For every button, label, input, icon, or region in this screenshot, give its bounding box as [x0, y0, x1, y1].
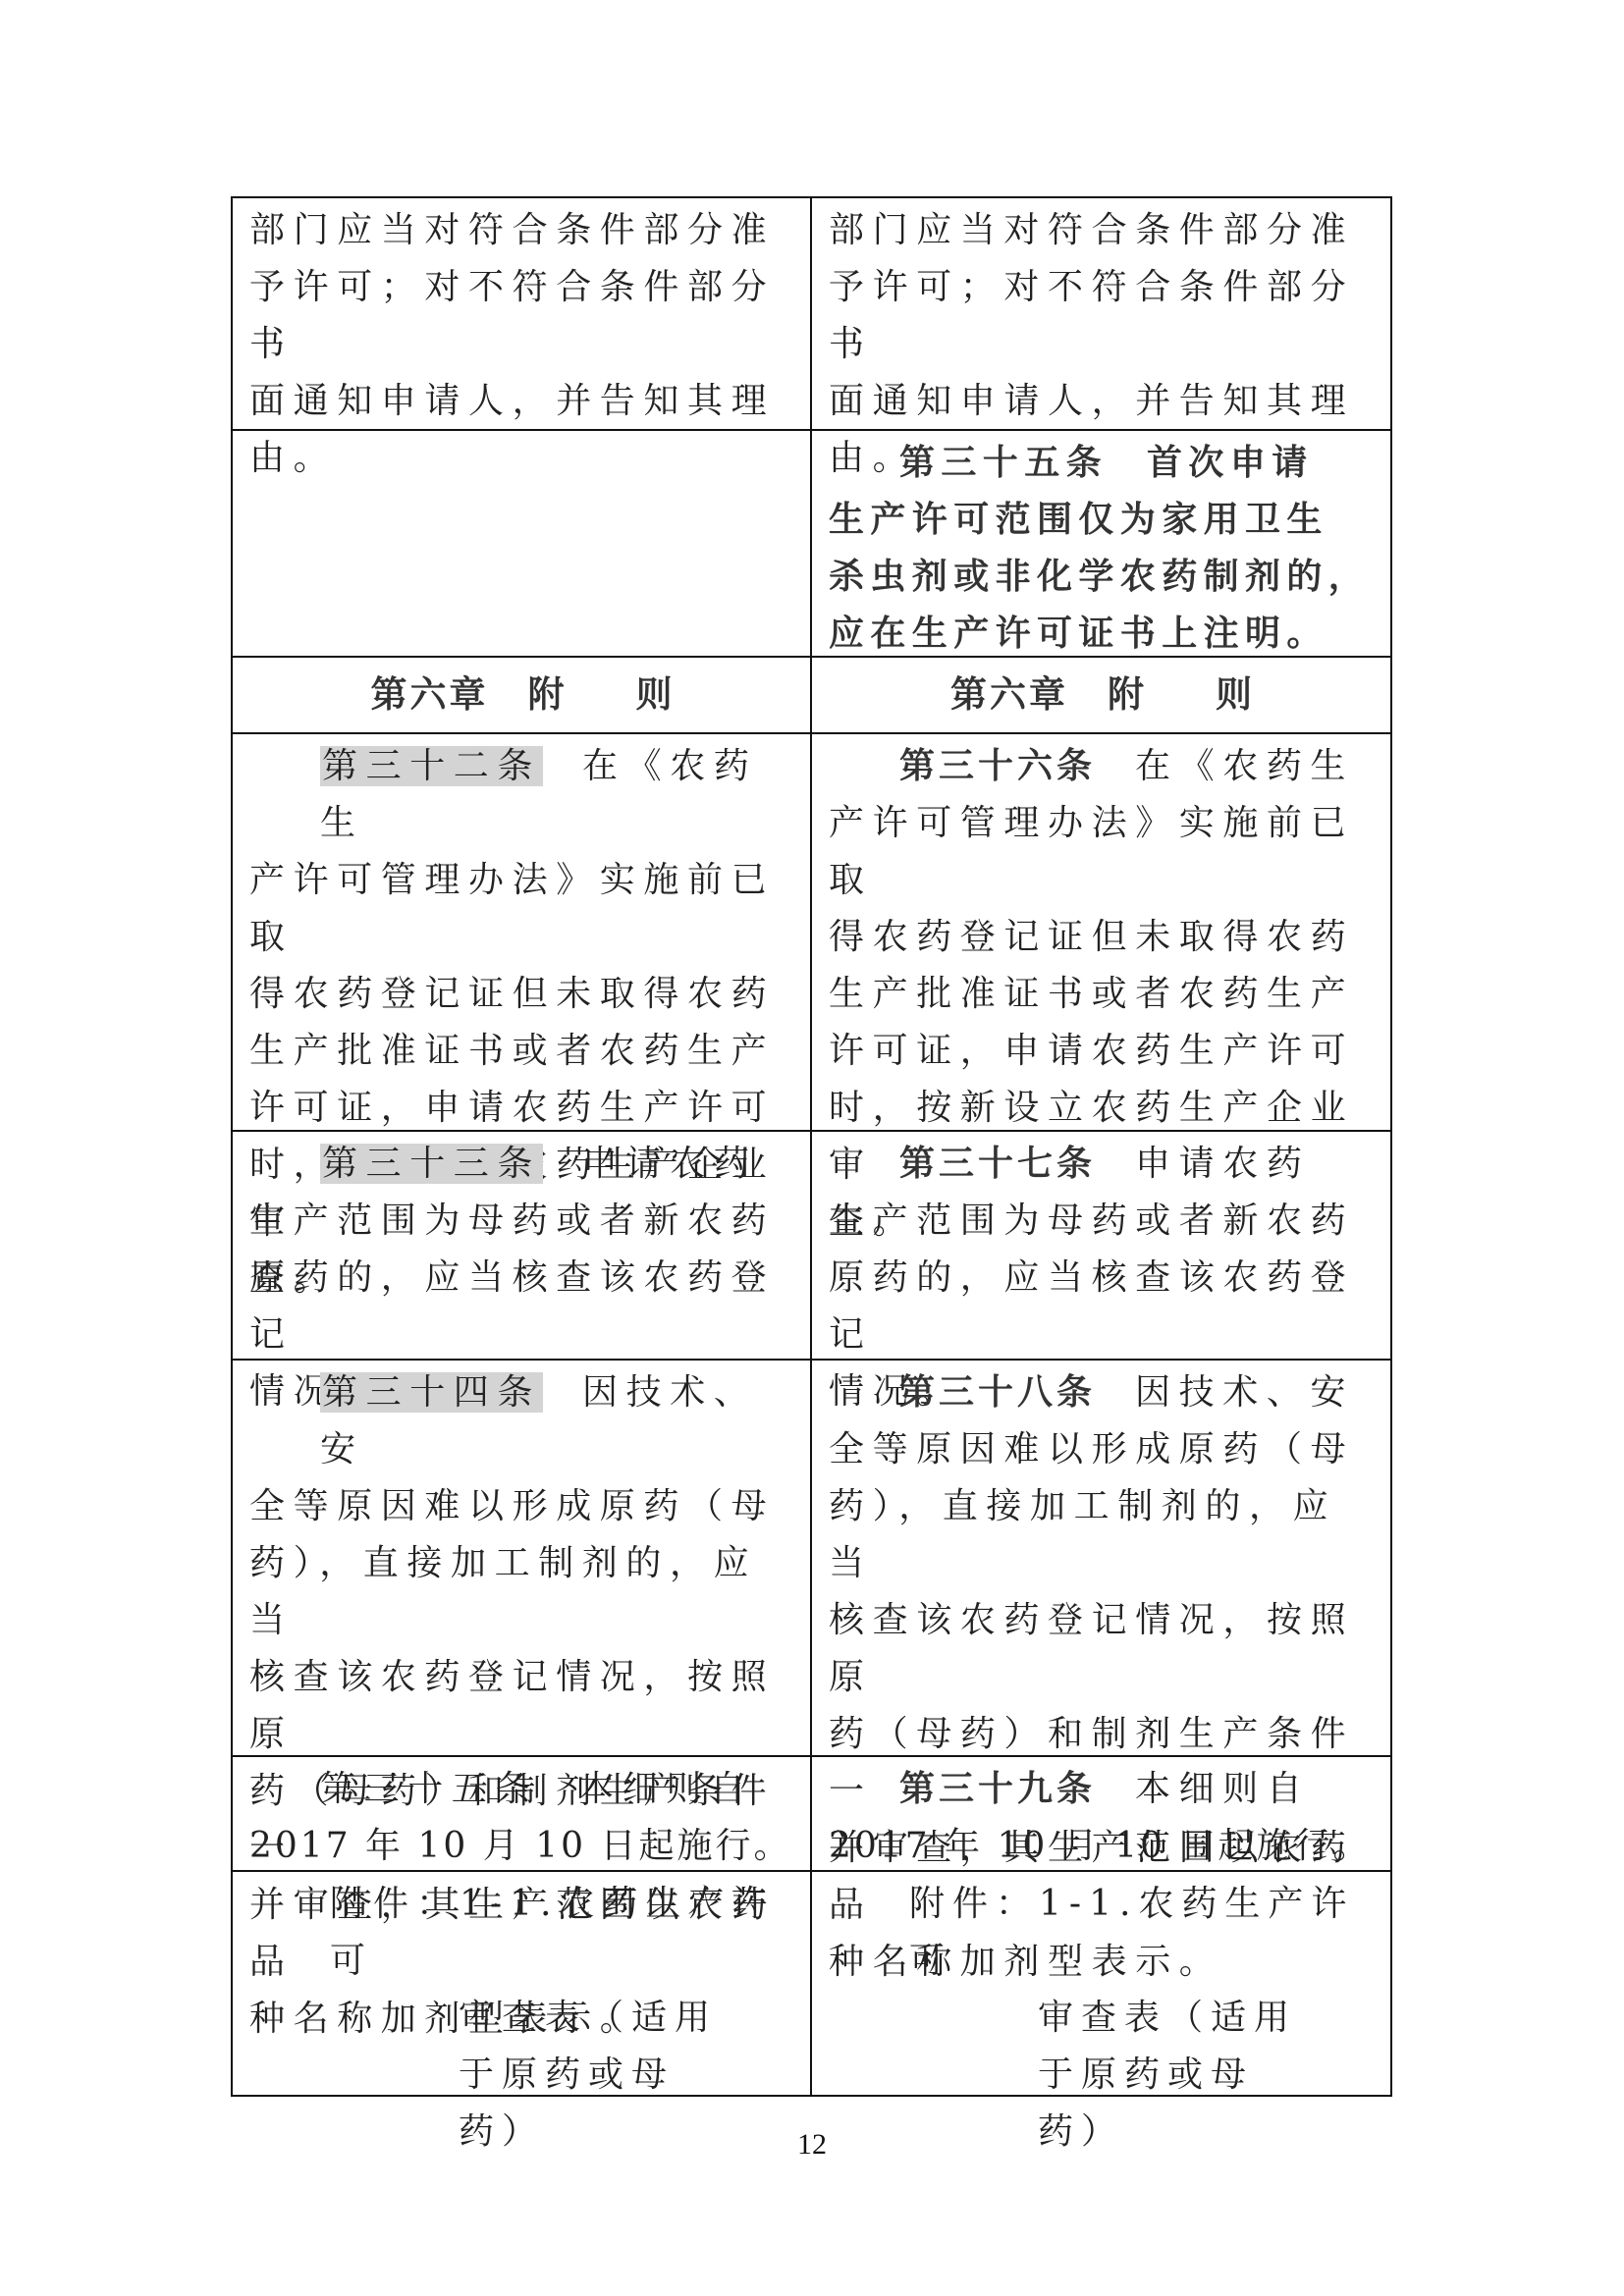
table-cell-revised: 第三十七条申请农药 生产范围为母药或者新农药 原药的，应当核查该农药登记 情况。	[812, 1132, 1390, 1359]
table-cell-original: 第三十三条申请农药 生产范围为母药或者新农药 原药的，应当核查该农药登记 情况。	[233, 1132, 812, 1359]
text-line: 全等原因难以形成原药（母	[829, 1421, 1377, 1478]
attachment-item: 附件：1-1.农药生产许可	[249, 1876, 796, 1990]
chapter-heading: 第六章附则	[249, 662, 796, 723]
text-line: 原药的，应当核查该农药登记	[249, 1250, 796, 1363]
text-fragment: 首次申请	[1147, 443, 1314, 483]
attachment-list: 附件：1-1.农药生产许可 审查表（适用 于原药或母 药）	[249, 1876, 796, 2161]
chapter-number: 第六章	[371, 673, 489, 716]
attachment-item: 附件：1-1.农药生产许可	[829, 1876, 1377, 1990]
text-fragment: 本细则自	[1135, 1769, 1310, 1809]
cell-text-new-article: 第三十五条首次申请 生产许可范围仅为家用卫生 杀虫剂或非化学农药制剂的， 应在生…	[829, 435, 1377, 663]
table-cell-revised: 第三十五条首次申请 生产许可范围仅为家用卫生 杀虫剂或非化学农药制剂的， 应在生…	[812, 431, 1390, 656]
table-cell-revised: 附件：1-1.农药生产许可 审查表（适用 于原药或母 药）	[812, 1872, 1390, 2095]
text-line: 生产范围为母药或者新农药	[249, 1193, 796, 1250]
chapter-title-part: 则	[636, 673, 676, 716]
text-line: 第三十六条在《农药生	[829, 738, 1377, 795]
text-line: 许可证，申请农药生产许可	[249, 1080, 796, 1137]
chapter-title-part: 附	[528, 673, 568, 716]
table-cell-original: 第三十四条因技术、安 全等原因难以形成原药（母 药），直接加工制剂的，应当 核查…	[233, 1361, 812, 1755]
table-cell-revised: 第三十六条在《农药生 产许可管理办法》实施前已取 得农药登记证但未取得农药 生产…	[812, 734, 1390, 1130]
table-cell-original: 第三十二条在《农药生 产许可管理办法》实施前已取 得农药登记证但未取得农药 生产…	[233, 734, 812, 1130]
text-line: 审查表（适用	[249, 1990, 796, 2047]
text-line: 生产批准证书或者农药生产	[829, 966, 1377, 1023]
text-line: 2017 年 10 月 10 日起施行。	[829, 1818, 1377, 1875]
text-fragment: 在《农药生	[1135, 746, 1354, 786]
text-line: 核查该农药登记情况，按照原	[249, 1649, 796, 1763]
text-line: 药），直接加工制剂的，应当	[249, 1535, 796, 1649]
table-row: 附件：1-1.农药生产许可 审查表（适用 于原药或母 药） 附件：1-1.农药生…	[233, 1870, 1390, 2095]
text-line: 生产范围为母药或者新农药	[829, 1193, 1377, 1250]
table-cell-revised: 部门应当对符合条件部分准 予许可；对不符合条件部分书 面通知申请人，并告知其理 …	[812, 198, 1390, 429]
table-cell-revised: 第三十九条本细则自 2017 年 10 月 10 日起施行。	[812, 1757, 1390, 1870]
text-line: 于原药或母	[249, 2047, 796, 2104]
text-line: 予许可；对不符合条件部分书	[249, 259, 796, 373]
table-row: 第三十四条因技术、安 全等原因难以形成原药（母 药），直接加工制剂的，应当 核查…	[233, 1359, 1390, 1755]
article-number: 第三十七条	[899, 1144, 1096, 1184]
table-cell-original: 第三十五条本细则自 2017 年 10 月 10 日起施行。	[233, 1757, 812, 1870]
page-number: 12	[0, 2128, 1624, 2162]
text-line: 部门应当对符合条件部分准	[829, 202, 1377, 259]
text-line: 第三十九条本细则自	[829, 1761, 1377, 1818]
table-cell-revised: 第六章附则	[812, 658, 1390, 732]
table-row: 第三十五条首次申请 生产许可范围仅为家用卫生 杀虫剂或非化学农药制剂的， 应在生…	[233, 429, 1390, 656]
text-fragment: 因技术、安	[1135, 1372, 1354, 1413]
table-cell-original: 第六章附则	[233, 658, 812, 732]
text-line: 药），直接加工制剂的，应当	[829, 1478, 1377, 1592]
text-fragment: 申请农药	[582, 1144, 757, 1184]
text-line: 第三十七条申请农药	[829, 1136, 1377, 1193]
text-line: 应在生产许可证书上注明。	[829, 606, 1377, 663]
text-line: 得农药登记证但未取得农药	[249, 966, 796, 1023]
article-number: 第三十八条	[899, 1372, 1096, 1413]
text-line: 产许可管理办法》实施前已取	[829, 795, 1377, 909]
text-line: 第三十五条首次申请	[829, 435, 1377, 492]
text-line: 第三十三条申请农药	[249, 1136, 796, 1193]
text-line: 得农药登记证但未取得农药	[829, 909, 1377, 966]
cell-text: 第三十五条本细则自 2017 年 10 月 10 日起施行。	[249, 1761, 796, 1875]
text-fragment: 申请农药	[1135, 1144, 1310, 1184]
chapter-heading: 第六章附则	[829, 662, 1377, 723]
table-row: 部门应当对符合条件部分准 予许可；对不符合条件部分书 面通知申请人，并告知其理 …	[233, 198, 1390, 429]
table-row: 第三十二条在《农药生 产许可管理办法》实施前已取 得农药登记证但未取得农药 生产…	[233, 732, 1390, 1130]
text-line: 审查表（适用	[829, 1990, 1377, 2047]
article-number-highlighted: 第三十二条	[320, 746, 543, 786]
article-number-highlighted: 第三十三条	[320, 1144, 543, 1184]
text-line: 于原药或母	[829, 2047, 1377, 2104]
table-cell-revised: 第三十八条因技术、安 全等原因难以形成原药（母 药），直接加工制剂的，应当 核查…	[812, 1361, 1390, 1755]
article-number: 第三十五条	[899, 443, 1108, 483]
text-fragment: 本细则自	[578, 1769, 753, 1809]
text-line: 面通知申请人，并告知其理	[249, 373, 796, 430]
cell-text: 第三十九条本细则自 2017 年 10 月 10 日起施行。	[829, 1761, 1377, 1875]
text-line: 第三十五条本细则自	[249, 1761, 796, 1818]
table-cell-original: 部门应当对符合条件部分准 予许可；对不符合条件部分书 面通知申请人，并告知其理 …	[233, 198, 812, 429]
table-cell-original: 附件：1-1.农药生产许可 审查表（适用 于原药或母 药）	[233, 1872, 812, 2095]
article-number: 第三十九条	[899, 1769, 1096, 1809]
text-line: 生产批准证书或者农药生产	[249, 1023, 796, 1080]
table-row: 第三十五条本细则自 2017 年 10 月 10 日起施行。 第三十九条本细则自…	[233, 1755, 1390, 1870]
text-line: 杀虫剂或非化学农药制剂的，	[829, 549, 1377, 606]
text-line: 原药的，应当核查该农药登记	[829, 1250, 1377, 1363]
text-line: 第三十二条在《农药生	[249, 738, 796, 852]
text-line: 产许可管理办法》实施前已取	[249, 852, 796, 966]
table-row-chapter: 第六章附则 第六章附则	[233, 656, 1390, 732]
text-line: 部门应当对符合条件部分准	[249, 202, 796, 259]
attachment-list: 附件：1-1.农药生产许可 审查表（适用 于原药或母 药）	[829, 1876, 1377, 2161]
article-number: 第三十五条	[320, 1769, 539, 1809]
chapter-title-part: 附	[1108, 673, 1147, 716]
text-line: 予许可；对不符合条件部分书	[829, 259, 1377, 373]
table-cell-original-empty	[233, 431, 812, 656]
text-line: 第三十八条因技术、安	[829, 1364, 1377, 1421]
comparison-table: 部门应当对符合条件部分准 予许可；对不符合条件部分书 面通知申请人，并告知其理 …	[231, 196, 1392, 2097]
text-line: 第三十四条因技术、安	[249, 1364, 796, 1478]
text-line: 面通知申请人，并告知其理	[829, 373, 1377, 430]
article-number: 第三十六条	[899, 746, 1096, 786]
table-row: 第三十三条申请农药 生产范围为母药或者新农药 原药的，应当核查该农药登记 情况。…	[233, 1130, 1390, 1359]
text-line: 生产许可范围仅为家用卫生	[829, 492, 1377, 549]
chapter-number: 第六章	[950, 673, 1068, 716]
text-line: 全等原因难以形成原药（母	[249, 1478, 796, 1535]
article-number-highlighted: 第三十四条	[320, 1372, 543, 1413]
text-line: 许可证，申请农药生产许可	[829, 1023, 1377, 1080]
text-line: 2017 年 10 月 10 日起施行。	[249, 1818, 796, 1875]
chapter-title-part: 则	[1216, 673, 1255, 716]
text-line: 核查该农药登记情况，按照原	[829, 1592, 1377, 1706]
